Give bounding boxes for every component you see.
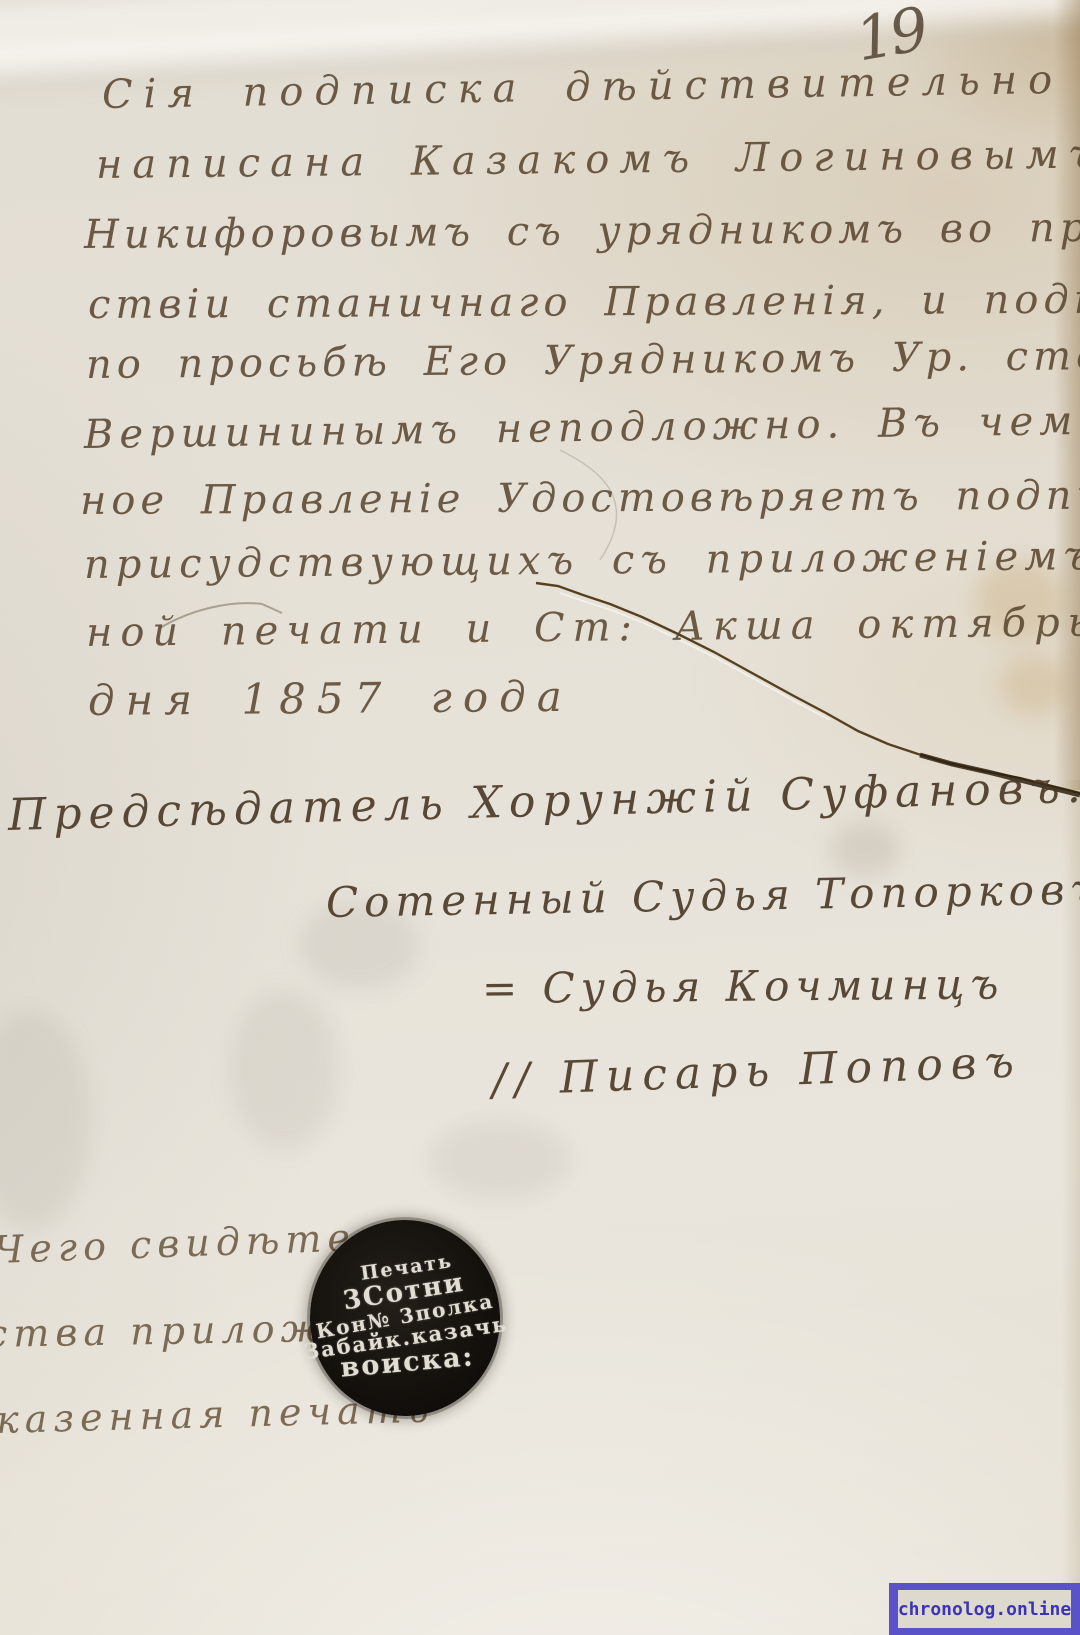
chronolog-watermark: chronolog.online [889, 1583, 1080, 1635]
page-right-edge-shadow [1054, 0, 1080, 790]
signature-judge-1: Сотенный Судья Топорковъ [326, 864, 1080, 927]
body-line: по просьбѣ Его Урядникомъ Ур. степенемъ [86, 331, 1080, 388]
body-line: дня 1857 года [88, 672, 573, 725]
body-line: Никифоровымъ съ урядникомъ во присуд [84, 204, 1080, 258]
body-line: присудствующихъ съ приложеніемъ казен [84, 532, 1080, 588]
signature-chairman: Предсѣдатель Хорунжій Суфановъ. [7, 762, 1080, 841]
body-line: ной печати и Ст: Акша октябрь 30. [86, 598, 1080, 656]
body-line: написана Казакомъ Логиновымъ [96, 131, 1080, 188]
signature-judge-2: = Судья Кочминцъ [482, 959, 1005, 1013]
stain [1000, 655, 1070, 715]
chronolog-watermark-text: chronolog.online [898, 1599, 1071, 1620]
ink-bleedthrough-smudge [230, 990, 340, 1150]
manuscript-page: 19 Сія подписка дѣйствительно написана К… [0, 0, 1080, 1635]
ink-bleedthrough-smudge [0, 1010, 90, 1230]
body-line: ствіи станичнаго Правленія, и подписана [88, 276, 1080, 328]
body-line: ное Правленіе Удостовѣряетъ подписомъ [80, 472, 1080, 524]
chronolog-watermark-inner: chronolog.online [898, 1590, 1071, 1628]
ink-bleedthrough-smudge [430, 1120, 570, 1200]
signature-clerk: // Писарь Поповъ [491, 1037, 1022, 1106]
body-line: Вершининымъ неподложно. Въ чемъ Станич [84, 394, 1080, 458]
body-line: Сія подписка дѣйствительно [102, 57, 1064, 118]
